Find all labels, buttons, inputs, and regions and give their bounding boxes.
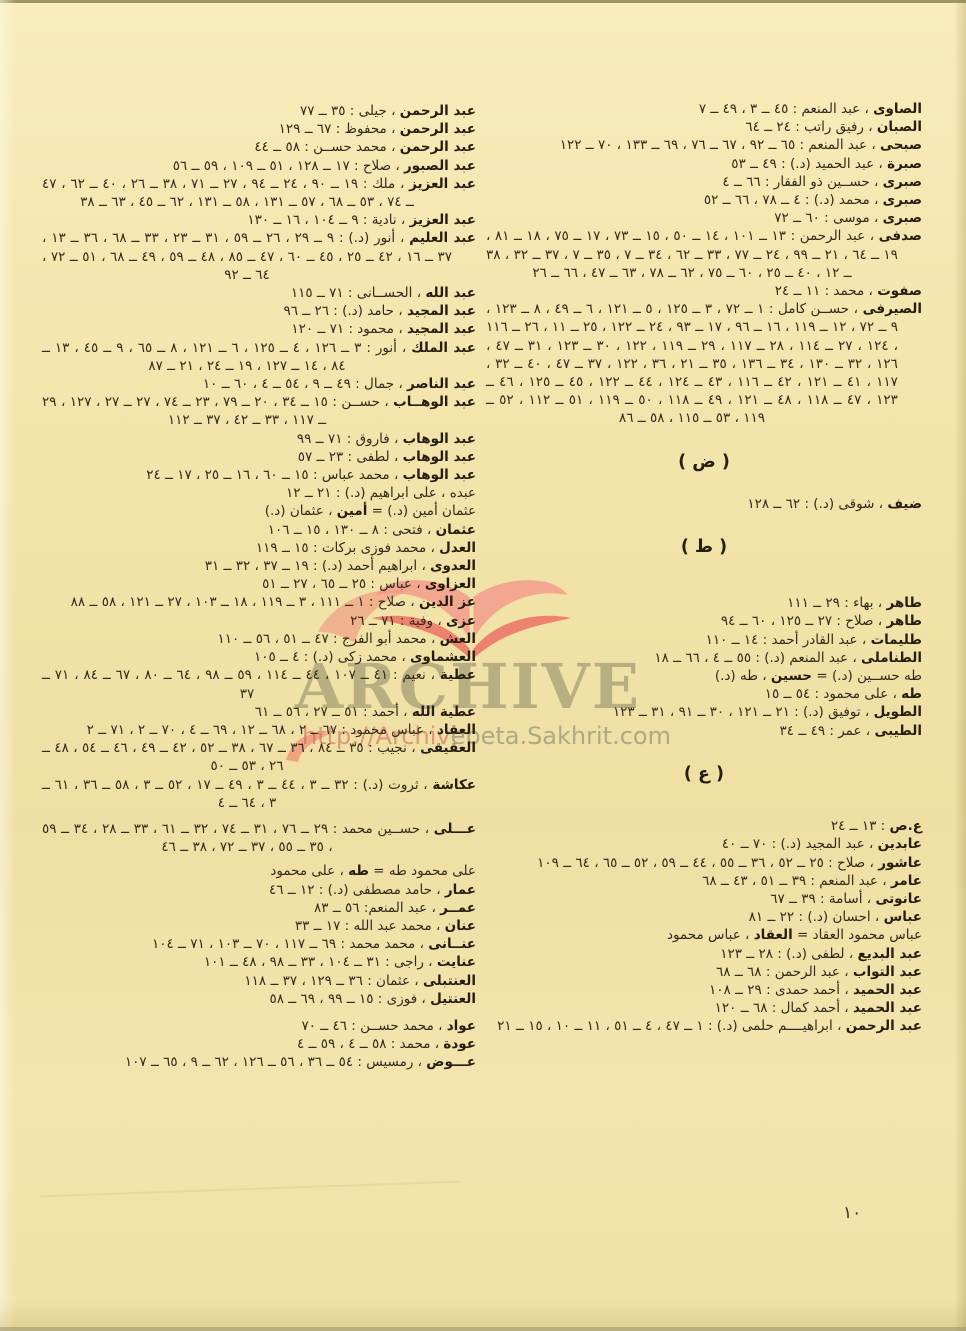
index-entry: طه حســين (د.) = حسين ، طه (د.)	[486, 667, 922, 685]
index-entry: العشماوى ، محمد زكى (د.) : ٤ ــ ١٠٥	[42, 648, 476, 666]
entry-name: الطيبى	[874, 723, 922, 739]
index-entry: عـــلى ، حســين محمد : ٢٩ ــ ٧٦ ، ٣١ ــ …	[42, 820, 476, 856]
entry-references: ، محمد : ١١ ــ ٢٤	[775, 283, 877, 299]
index-entry: عبد العزيز ، ملك : ١٩ ــ ٩٠ ، ٢٤ ــ ٩٤ ،…	[42, 175, 476, 211]
index-entry: عنــانى ، محمد محمد : ٦٩ ــ ١١٧ ، ٧٠ ــ …	[42, 935, 476, 953]
entry-references: ، جيلى : ٣٥ ــ ٧٧	[300, 103, 400, 119]
entry-name: عبد الصبور	[404, 158, 476, 174]
entry-references: ، حامد (د.) : ٢٦ ــ ٩٦	[283, 303, 407, 319]
entry-name: عبد الوهاب	[403, 467, 476, 483]
section-header: ( ض )	[486, 453, 922, 471]
entry-name: عبد العزيز	[409, 176, 476, 192]
entry-references: ، نعيم : ٤١ ــ ١٠٧ ، ٤٤ ــ ١١٤ ، ٥٩ ــ ٩…	[42, 667, 440, 701]
entry-name: عمار	[445, 882, 476, 898]
entry-name: عكاشة	[432, 777, 476, 793]
entry-name: عبد الحميد	[853, 1000, 922, 1016]
entry-references: ، عثمان (د.)	[265, 503, 337, 519]
entry-references: ، ثروت (د.) : ٣٢ ــ ٣ ، ٤٤ ــ ٣ ، ٤٩ ــ …	[42, 777, 432, 811]
entry-references: ، محفوظ : ٦٧ ــ ١٢٩	[279, 121, 400, 137]
entry-name: صفوت	[877, 283, 922, 299]
index-entry: عبد الوهاب ، محمد عباس : ١٥ ــ ٦٠ ، ١٦ ـ…	[42, 466, 476, 484]
index-entry: عز الدين ، صلاح : ١ ــ ١١١ ، ٣ ــ ١١٩ ، …	[42, 593, 476, 611]
entry-name: عامر	[891, 873, 922, 889]
index-entry: عطية الله ، أحمد : ٥١ ــ ٢٧ ، ٥٦ ــ ٦١	[42, 703, 476, 721]
index-entry: عنان ، محمد عبد الله : ١٧ ــ ٣٣	[42, 917, 476, 935]
entry-references: على محمود طه =	[369, 863, 476, 879]
entry-name: الطناملى	[861, 650, 922, 666]
entry-name: العنتبلى	[423, 973, 476, 989]
entry-name: عـــلى	[434, 821, 476, 837]
entry-name: عنايت	[437, 954, 476, 970]
entry-name: صبرة	[887, 156, 922, 172]
entry-name: الصاوى	[873, 101, 922, 117]
page-number: ١٠	[843, 1203, 861, 1223]
page-left-edge	[0, 0, 16, 1331]
entry-name: طه	[348, 863, 369, 879]
index-entry: عثمان ، فتحى : ٨ ــ ١٣٠ ، ١٥ ــ ١٠٦	[42, 521, 476, 539]
entry-name: طليمات	[871, 632, 922, 648]
entry-name: عبد الرحمن	[400, 103, 476, 119]
entry-references: ، عبد الرحمن : ١٣ ــ ١٠١ ، ١٤ ــ ٥٠ ، ١٥…	[486, 228, 898, 280]
index-entry: عباس ، احسان (د.) : ٢٢ ــ ٨١	[486, 908, 922, 926]
entry-references: ، ابراهيــــم حلمى (د.) : ١ ــ ٤٧ ، ٤ ــ…	[497, 1018, 846, 1034]
index-entry: عواد ، محمد حســن : ٤٦ ــ ٧٠	[42, 1017, 476, 1035]
entry-references: ، فتحى : ٨ ــ ١٣٠ ، ١٥ ــ ١٠٦	[268, 522, 436, 538]
entry-name: عبد البديع	[857, 946, 922, 962]
entry-name: عبد الوهاب	[403, 431, 476, 447]
entry-name: صبحى	[880, 137, 922, 153]
entry-name: ضيف	[887, 496, 922, 512]
entry-name: عباس	[884, 909, 922, 925]
entry-references: ، محمد حســن : ٥٨ ــ ٤٤	[254, 139, 399, 155]
page-top-edge	[0, 0, 966, 3]
index-entry: الطناملى ، عبد المنعم (د.) : ٥٥ ــ ٤ ، ٦…	[486, 649, 922, 667]
index-entry: عبد الصبور ، صلاح : ١٧ ــ ١٢٨ ، ٥١ ــ ١٠…	[42, 157, 476, 175]
entry-references: ، عبد المجيد (د.) : ٧٠ ــ ٤٠	[722, 836, 878, 852]
entry-name: عبد العزيز	[410, 212, 476, 228]
spacer	[42, 1008, 476, 1017]
index-entry: صفوت ، محمد : ١١ ــ ٢٤	[486, 282, 922, 300]
index-entry: عبد الوهــاب ، حســن : ١٥ ــ ٣٤ ، ٢٠ ــ …	[42, 393, 476, 429]
index-entry: عبد الوهاب ، لطفى : ٢٣ ــ ٥٧	[42, 448, 476, 466]
entry-name: حسين	[771, 668, 812, 684]
entry-references: ، عبد المنعم : ٦٥ ــ ٩٢ ، ٦٧ ــ ٧٦ ، ٦٩ …	[560, 137, 880, 153]
index-column-right: الصاوى ، عبد المنعم : ٤٥ ــ ٣ ، ٤٩ ــ ٧ا…	[486, 100, 922, 1036]
entry-references: ، جمال : ٤٩ ــ ٩ ، ٥٤ ــ ٤ ، ٦٠ ــ ١٠	[203, 376, 407, 392]
entry-references: ، محمد فوزى بركات : ١٥ ــ ١١٩	[256, 540, 439, 556]
index-entry: عبد المجيد ، محمود : ٧١ ــ ١٢٠	[42, 320, 476, 338]
entry-name: طاهر	[886, 613, 922, 629]
index-entry: الصبان ، رفيق راتب : ٢٤ ــ ٦٤	[486, 118, 922, 136]
index-entry: عاشور ، صلاح : ٢٥ ــ ٥٢ ، ٣٦ ــ ٥٥ ، ٤٤ …	[486, 854, 922, 872]
index-entry: عبد الناصر ، جمال : ٤٩ ــ ٩ ، ٥٤ ــ ٤ ، …	[42, 375, 476, 393]
entry-name: عبد الوهاب	[403, 449, 476, 465]
index-entry: عبده ، على ابراهيم (د.) : ٢١ ــ ١٢	[42, 484, 476, 502]
index-entry: عزى ، وفية : ٧١ ــ ٢٦	[42, 612, 476, 630]
entry-name: الصيرفى	[863, 301, 922, 317]
entry-name: عنان	[445, 918, 476, 934]
entry-references: ، عباس محمود : ٦٧ ــ ٢ ، ٦٨ ــ ١٢ ، ٦٩ ـ…	[87, 722, 437, 738]
entry-references: ، حســن كامل : ١ ــ ٧٢ ، ٣ ــ ١٢٥ ، ٥ ــ…	[486, 301, 898, 426]
index-entry: عبد الله ، الحســانى : ٧١ ــ ١١٥	[42, 284, 476, 302]
index-entry: ع.ص : ١٣ ــ ٢٤	[486, 817, 922, 835]
index-column-left: عبد الرحمن ، جيلى : ٣٥ ــ ٧٧عبد الرحمن ،…	[42, 102, 476, 1072]
entry-references: ، صلاح : ١ ــ ١١١ ، ٣ ــ ١١٩ ، ١٨ ــ ١٠٣…	[71, 594, 419, 610]
entry-references: ، عبد الرحمن : ٦٨ ــ ٦٨	[716, 964, 853, 980]
index-entry: عبد الرحمن ، محفوظ : ٦٧ ــ ١٢٩	[42, 120, 476, 138]
spacer	[486, 807, 922, 817]
entry-name: عنــانى	[428, 936, 476, 952]
entry-references: ، ملك : ١٩ ــ ٩٠ ، ٢٤ ــ ٩٤ ، ٢٧ ــ ٧١ ،…	[42, 176, 414, 210]
entry-references: ، صلاح : ٢٧ ــ ١٢٥ ، ٦٠ ــ ٩٤	[721, 613, 887, 629]
index-entry: طليمات ، عبد القادر أحمد : ١٤ ــ ١١٠	[486, 631, 922, 649]
index-entry: عبد الحميد ، أحمد حمدى : ٢٩ ــ ١٠٨	[486, 981, 922, 999]
entry-references: ، توفيق (د.) : ٢١ ــ ١٢١ ، ٣٠ ــ ٩١ ، ٣١…	[613, 704, 874, 720]
index-entry: عطية ، نعيم : ٤١ ــ ١٠٧ ، ٤٤ ــ ١١٤ ، ٥٩…	[42, 666, 476, 702]
index-entry: عمــر ، عبد المنعم: ٥٦ ــ ٨٣	[42, 899, 476, 917]
index-entry: العدوى ، ابراهيم أحمد (د.) : ١٩ ــ ٣٧ ، …	[42, 557, 476, 575]
entry-name: العش	[440, 631, 476, 647]
entry-references: ، عباس : ٢٥ ــ ٦٥ ، ٢٧ ــ ٥١	[262, 576, 425, 592]
entry-references: ، محمد حســن : ٤٦ ــ ٧٠	[301, 1018, 446, 1034]
entry-references: طه حســين (د.) =	[812, 668, 922, 684]
entry-references: ، أنور : ٣ ــ ١٢٦ ، ٤ ــ ١٢٥ ، ٦ ــ ١٢١ …	[42, 340, 411, 374]
entry-references: ، حســن : ١٥ ــ ٣٤ ، ٢٠ ــ ٧٩ ، ٢٣ ــ ٧٤…	[42, 394, 393, 428]
entry-name: عطية	[440, 667, 476, 683]
entry-references: ، وفية : ٧١ ــ ٢٦	[350, 613, 446, 629]
entry-name: عاشور	[878, 855, 922, 871]
index-entry: عبد الوهاب ، فاروق : ٧١ ــ ٩٩	[42, 430, 476, 448]
entry-references: ، حســين ذو الفقار : ٦٦ ــ ٤	[722, 174, 882, 190]
entry-references: : ١٣ ــ ٢٤	[831, 818, 890, 834]
index-entry: عانوتى ، أسامة : ٣٩ ــ ٦٧	[486, 890, 922, 908]
entry-name: عبد الوهــاب	[393, 394, 476, 410]
entry-name: طه	[901, 686, 922, 702]
entry-name: عواد	[447, 1018, 476, 1034]
index-entry: صبحى ، عبد المنعم : ٦٥ ــ ٩٢ ، ٦٧ ــ ٧٦ …	[486, 136, 922, 154]
entry-references: ، عبد الحميد (د.) : ٤٩ ــ ٥٣	[731, 156, 887, 172]
entry-references: عبده ، على ابراهيم (د.) : ٢١ ــ ١٢	[286, 485, 476, 501]
entry-references: ، محمود : ٧١ ــ ١٢٠	[291, 321, 407, 337]
entry-references: ، أحمد كمال : ٦٨ ــ ١٢٠	[715, 1000, 853, 1016]
index-entry: عابدين ، عبد المجيد (د.) : ٧٠ ــ ٤٠	[486, 835, 922, 853]
entry-name: عبد الحميد	[853, 982, 922, 998]
index-entry: الطيبى ، عمر : ٤٩ ــ ٣٤	[486, 722, 922, 740]
entry-references: ، عبد المنعم (د.) : ٥٥ ــ ٤ ، ٦٦ ــ ١٨	[654, 650, 861, 666]
entry-references: ، محمد زكى (د.) : ٤ ــ ١٠٥	[254, 649, 410, 665]
index-entry: عـــوض ، رمسيس : ٥٤ ــ ٣٦ ، ٥٦ ــ ١٢٦ ، …	[42, 1053, 476, 1071]
index-entry: عبد الرحمن ، محمد حســن : ٥٨ ــ ٤٤	[42, 138, 476, 156]
index-entry: عمار ، حامد مصطفى (د.) : ١٢ ــ ٤٦	[42, 881, 476, 899]
entry-references: ، أسامة : ٣٩ ــ ٦٧	[770, 891, 875, 907]
entry-references: ، أحمد حمدى : ٢٩ ــ ١٠٨	[709, 982, 853, 998]
entry-name: عطية الله	[412, 704, 476, 720]
entry-name: صبرى	[883, 192, 922, 208]
entry-references: ، حســين محمد : ٢٩ ــ ٧٦ ، ٣١ ــ ٧٤ ، ٣٢…	[42, 821, 434, 855]
entry-references: ، محمد محمد : ٦٩ ــ ١١٧ ، ٧٠ ــ ١٠٣ ، ٧١…	[152, 936, 428, 952]
index-entry: عنايت ، راجى : ٣١ ــ ١٠٤ ، ٣٣ ــ ٩٨ ، ٤٨…	[42, 953, 476, 971]
index-entry: العدل ، محمد فوزى بركات : ١٥ ــ ١١٩	[42, 539, 476, 557]
index-entry: عبد الحميد ، أحمد كمال : ٦٨ ــ ١٢٠	[486, 999, 922, 1017]
entry-name: صبرى	[883, 174, 922, 190]
spacer	[486, 580, 922, 594]
entry-name: العقاد	[437, 722, 476, 738]
entry-references: ، احسان (د.) : ٢٢ ــ ٨١	[749, 909, 884, 925]
entry-name: العدوى	[430, 558, 476, 574]
entry-references: ، بهاء : ٢٩ ــ ١١١	[787, 595, 886, 611]
entry-references: ، محمد أبو الفرج : ٤٧ ــ ٥١ ، ٥٦ ــ ١١٠	[218, 631, 440, 647]
entry-references: ، محمد عبد الله : ١٧ ــ ٣٣	[295, 918, 445, 934]
index-entry: طه ، على محمود : ٥٤ ــ ١٥	[486, 685, 922, 703]
entry-references: ، عبد المنعم : ٣٩ ــ ٥١ ، ٤٣ ــ ٦٨	[702, 873, 891, 889]
entry-name: طاهر	[886, 595, 922, 611]
entry-references: ، أنور (د.) : ٩ ــ ٢٩ ، ٢٦ ــ ٥٩ ، ٣١ ــ…	[42, 230, 452, 282]
index-entry: صبرى ، حســين ذو الفقار : ٦٦ ــ ٤	[486, 173, 922, 191]
entry-references: ، عبد المنعم: ٥٦ ــ ٨٣	[314, 900, 440, 916]
index-entry: العنتيل ، فوزى : ١٥ ــ ٩٩ ، ٦٩ ــ ٥٨	[42, 990, 476, 1008]
index-entry: ضيف ، شوقى (د.) : ٦٢ ــ ١٢٨	[486, 495, 922, 513]
index-entry: عودة ، محمد : ٥٨ ــ ٤ ، ٥٩ ــ ٤	[42, 1035, 476, 1053]
entry-name: العنتيل	[430, 991, 476, 1007]
entry-name: عز الدين	[419, 594, 476, 610]
index-entry: عبد التواب ، عبد الرحمن : ٦٨ ــ ٦٨	[486, 963, 922, 981]
index-entry: الصاوى ، عبد المنعم : ٤٥ ــ ٣ ، ٤٩ ــ ٧	[486, 100, 922, 118]
entry-references: ، ابراهيم أحمد (د.) : ١٩ ــ ٣٧ ، ٣٢ ــ ٣…	[205, 558, 430, 574]
entry-name: عبد العليم	[409, 230, 476, 246]
entry-references: ، حامد مصطفى (د.) : ١٢ ــ ٤٦	[269, 882, 445, 898]
entry-name: عمــر	[440, 900, 476, 916]
index-entry: صبرة ، عبد الحميد (د.) : ٤٩ ــ ٥٣	[486, 155, 922, 173]
index-entry: الصيرفى ، حســن كامل : ١ ــ ٧٢ ، ٣ ــ ١٢…	[486, 300, 922, 427]
index-entry: عبد العزيز ، نادية : ٩ ــ ١٠٤ ، ١٦ ــ ١٣…	[42, 211, 476, 229]
entry-name: عبد التواب	[853, 964, 922, 980]
entry-name: صبرى	[883, 210, 922, 226]
entry-name: عابدين	[878, 836, 922, 852]
entry-references: ، فاروق : ٧١ ــ ٩٩	[297, 431, 403, 447]
entry-name: عزى	[446, 613, 476, 629]
entry-name: عودة	[443, 1036, 476, 1052]
entry-references: ، الحســانى : ٧١ ــ ١١٥	[291, 285, 426, 301]
entry-name: العقيقى	[420, 740, 476, 756]
index-entry: العزاوى ، عباس : ٢٥ ــ ٦٥ ، ٢٧ ــ ٥١	[42, 575, 476, 593]
entry-name: عبد الرحمن	[400, 121, 476, 137]
entry-name: صدفى	[879, 228, 922, 244]
entry-name: عبد الرحمن	[400, 139, 476, 155]
entry-references: ، محمد (د.) : ٤ ــ ٧٨ ، ٦٦ ــ ٥٢	[704, 192, 883, 208]
entry-references: ، أحمد : ٥١ ــ ٢٧ ، ٥٦ ــ ٦١	[255, 704, 412, 720]
entry-references: ، على محمود : ٥٤ ــ ١٥	[765, 686, 901, 702]
entry-name: عبد الناصر	[407, 376, 476, 392]
entry-references: ، شوقى (د.) : ٦٢ ــ ١٢٨	[747, 496, 887, 512]
entry-name: العشماوى	[410, 649, 476, 665]
index-entry: العقيقى ، نجيب : ٣٥ ــ ٨٤ ، ٣٦ ــ ٦٧ ، ٣…	[42, 739, 476, 775]
entry-name: عـــوض	[426, 1054, 476, 1070]
entry-references: عثمان أمين (د.) =	[367, 503, 476, 519]
entry-references: ، راجى : ٣١ ــ ١٠٤ ، ٣٣ ــ ٩٨ ، ٤٨ ــ ١٠…	[204, 954, 437, 970]
section-header: ( ط )	[486, 538, 922, 556]
entry-name: أمين	[337, 503, 368, 519]
entry-name: عبد المجيد	[407, 321, 476, 337]
entry-references: ، عبد المنعم : ٤٥ ــ ٣ ، ٤٩ ــ ٧	[699, 101, 873, 117]
entry-references: ، رفيق راتب : ٢٤ ــ ٦٤	[745, 119, 876, 135]
index-entry: صبرى ، موسى : ٦٠ ــ ٧٢	[486, 209, 922, 227]
spacer	[42, 812, 476, 820]
index-entry: عبد الرحمن ، جيلى : ٣٥ ــ ٧٧	[42, 102, 476, 120]
page-bottom-shade	[0, 1301, 966, 1327]
entry-name: عثمان	[436, 522, 476, 538]
entry-references: ، موسى : ٦٠ ــ ٧٢	[774, 210, 882, 226]
entry-references: عباس محمود العقاد =	[793, 927, 922, 943]
index-entry: على محمود طه = طه ، على محمود	[42, 862, 476, 880]
entry-references: ، لطفى : ٢٣ ــ ٥٧	[298, 449, 403, 465]
entry-references: ، نادية : ٩ ــ ١٠٤ ، ١٦ ــ ١٣٠	[247, 212, 409, 228]
entry-name: الطويل	[874, 704, 922, 720]
paper-crease	[40, 1181, 460, 1198]
entry-references: ، على محمود	[270, 863, 348, 879]
index-entry: عبد الرحمن ، ابراهيــــم حلمى (د.) : ١ ـ…	[486, 1017, 922, 1035]
index-entry: العقاد ، عباس محمود : ٦٧ ــ ٢ ، ٦٨ ــ ١٢…	[42, 721, 476, 739]
entry-name: العدل	[439, 540, 476, 556]
index-entry: العش ، محمد أبو الفرج : ٤٧ ــ ٥١ ، ٥٦ ــ…	[42, 630, 476, 648]
index-entry: عباس محمود العقاد = العقاد ، عباس محمود	[486, 926, 922, 944]
page-bottom-edge	[0, 1327, 966, 1331]
entry-name: عبد الله	[425, 285, 476, 301]
index-entry: العنتبلى ، عثمان : ٣٦ ــ ١٢٩ ، ٣٧ ــ ١١٨	[42, 972, 476, 990]
entry-name: عبد الرحمن	[846, 1018, 922, 1034]
index-entry: عكاشة ، ثروت (د.) : ٣٢ ــ ٣ ، ٤٤ ــ ٣ ، …	[42, 776, 476, 812]
entry-references: ، فوزى : ١٥ ــ ٩٩ ، ٦٩ ــ ٥٨	[269, 991, 430, 1007]
index-entry: عامر ، عبد المنعم : ٣٩ ــ ٥١ ، ٤٣ ــ ٦٨	[486, 872, 922, 890]
entry-references: ، محمد عباس : ١٥ ــ ٦٠ ، ١٦ ــ ٢٥ ، ١٧ ـ…	[146, 467, 402, 483]
entry-name: العقاد	[754, 927, 793, 943]
entry-name: الصبان	[877, 119, 922, 135]
entry-references: ، طه (د.)	[715, 668, 771, 684]
entry-references: ، عبد القادر أحمد : ١٤ ــ ١١٠	[706, 632, 871, 648]
index-entry: عبد العليم ، أنور (د.) : ٩ ــ ٢٩ ، ٢٦ ــ…	[42, 229, 476, 284]
index-entry: عبد المجيد ، حامد (د.) : ٢٦ ــ ٩٦	[42, 302, 476, 320]
entry-references: ، صلاح : ٢٥ ــ ٥٢ ، ٣٦ ــ ٥٥ ، ٤٤ ــ ٥٩ …	[537, 855, 878, 871]
entry-name: ع.ص	[889, 818, 922, 834]
entry-references: ، عثمان : ٣٦ ــ ١٢٩ ، ٣٧ ــ ١١٨	[244, 973, 423, 989]
entry-references: ، صلاح : ١٧ ــ ١٢٨ ، ٥١ ــ ١٠٩ ، ٥٩ ــ ٥…	[173, 158, 404, 174]
entry-references: ، محمد : ٥٨ ــ ٤ ، ٥٩ ــ ٤	[297, 1036, 443, 1052]
entry-references: ، رمسيس : ٥٤ ــ ٣٦ ، ٥٦ ــ ١٢٦ ، ٦٢ ــ ٩…	[125, 1054, 426, 1070]
index-entry: عبد البديع ، لطفى (د.) : ٢٨ ــ ١٢٣	[486, 945, 922, 963]
entry-references: ، عباس محمود	[667, 927, 754, 943]
index-entry: عبد الملك ، أنور : ٣ ــ ١٢٦ ، ٤ ــ ١٢٥ ،…	[42, 339, 476, 375]
page-right-edge	[954, 0, 966, 1331]
entry-references: ، لطفى (د.) : ٢٨ ــ ١٢٣	[720, 946, 857, 962]
index-entry: عثمان أمين (د.) = أمين ، عثمان (د.)	[42, 502, 476, 520]
index-entry: طاهر ، بهاء : ٢٩ ــ ١١١	[486, 594, 922, 612]
index-entry: صبرى ، محمد (د.) : ٤ ــ ٧٨ ، ٦٦ ــ ٥٢	[486, 191, 922, 209]
entry-name: عانوتى	[875, 891, 922, 907]
entry-references: ، نجيب : ٣٥ ــ ٨٤ ، ٣٦ ــ ٦٧ ، ٣٨ ــ ٥٢ …	[42, 740, 420, 774]
index-entry: طاهر ، صلاح : ٢٧ ــ ١٢٥ ، ٦٠ ــ ٩٤	[486, 612, 922, 630]
entry-name: عبد الملك	[411, 340, 476, 356]
index-entry: صدفى ، عبد الرحمن : ١٣ ــ ١٠١ ، ١٤ ــ ٥٠…	[486, 227, 922, 282]
index-entry: الطويل ، توفيق (د.) : ٢١ ــ ١٢١ ، ٣٠ ــ …	[486, 703, 922, 721]
entry-name: العزاوى	[425, 576, 476, 592]
entry-name: عبد المجيد	[407, 303, 476, 319]
section-header: ( ع )	[486, 765, 922, 783]
entry-references: ، عمر : ٤٩ ــ ٣٤	[780, 723, 875, 739]
